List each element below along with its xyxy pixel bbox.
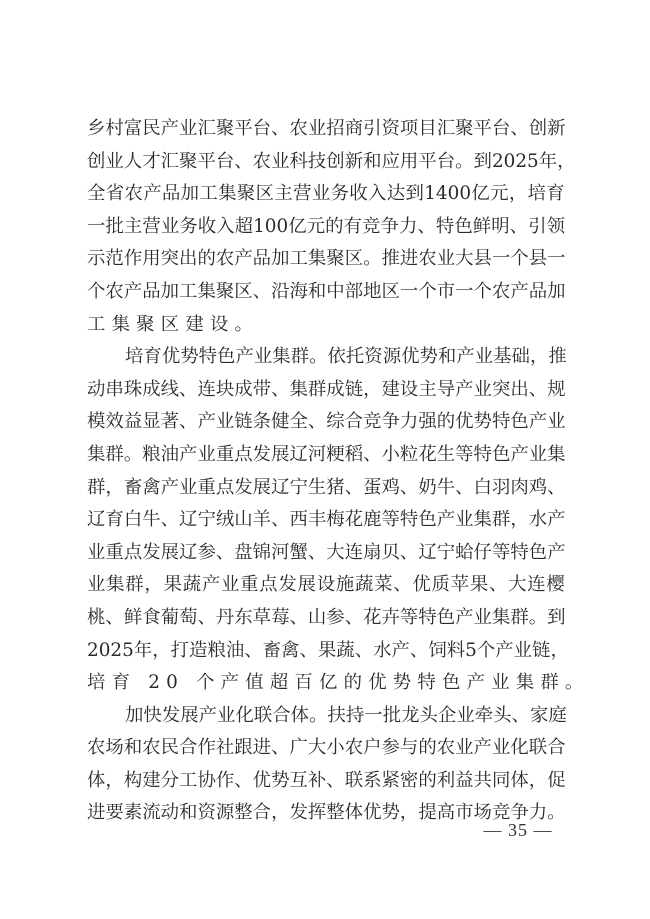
text-line: 创业人才汇聚平台、农业科技创新和应用平台。到2025年，	[87, 146, 565, 179]
text-line: 个农产品加工集聚区、沿海和中部地区一个市一个农产品加	[87, 276, 565, 309]
text-line: 2025年，打造粮油、畜禽、果蔬、水产、饲料5个产业链，	[87, 635, 565, 668]
text-line: 一批主营业务收入超100亿元的有竞争力、特色鲜明、引领	[87, 211, 565, 244]
paragraph-industry-clusters: 培育优势特色产业集群。依托资源优势和产业基础，推 动串珠成线、连块成带、集群成链…	[87, 341, 565, 700]
text-line: 体，构建分工协作、优势互补、联系紧密的利益共同体，促	[87, 765, 565, 798]
text-line: 示范作用突出的农产品加工集聚区。推进农业大县一个县一	[87, 243, 565, 276]
text-line: 工集聚区建设。	[87, 309, 565, 342]
text-line: 集群。粮油产业重点发展辽河粳稻、小粒花生等特色产业集	[87, 439, 565, 472]
text-line: 乡村富民产业汇聚平台、农业招商引资项目汇聚平台、创新	[87, 113, 565, 146]
text-line: 农场和农民合作社跟进、广大小农户参与的农业产业化联合	[87, 732, 565, 765]
paragraph-industrial-consortium: 加快发展产业化联合体。扶持一批龙头企业牵头、家庭 农场和农民合作社跟进、广大小农…	[87, 700, 565, 830]
text-line: 群，畜禽产业重点发展辽宁生猪、蛋鸡、奶牛、白羽肉鸡、	[87, 472, 565, 505]
page-number: — 35 —	[478, 820, 558, 841]
text-line: 辽育白牛、辽宁绒山羊、西丰梅花鹿等特色产业集群，水产	[87, 504, 565, 537]
document-body: 乡村富民产业汇聚平台、农业招商引资项目汇聚平台、创新 创业人才汇聚平台、农业科技…	[87, 113, 565, 830]
text-line: 全省农产品加工集聚区主营业务收入达到1400亿元，培育	[87, 178, 565, 211]
text-line: 业重点发展辽参、盘锦河蟹、大连扇贝、辽宁蛤仔等特色产	[87, 537, 565, 570]
text-line: 加快发展产业化联合体。扶持一批龙头企业牵头、家庭	[87, 700, 565, 733]
paragraph-processing-clusters: 乡村富民产业汇聚平台、农业招商引资项目汇聚平台、创新 创业人才汇聚平台、农业科技…	[87, 113, 565, 341]
text-line: 培育优势特色产业集群。依托资源优势和产业基础，推	[87, 341, 565, 374]
text-line: 模效益显著、产业链条健全、综合竞争力强的优势特色产业	[87, 406, 565, 439]
text-line: 培育 20 个产值超百亿的优势特色产业集群。	[87, 667, 565, 700]
text-line: 动串珠成线、连块成带、集群成链，建设主导产业突出、规	[87, 374, 565, 407]
text-line: 桃、鲜食葡萄、丹东草莓、山参、花卉等特色产业集群。到	[87, 602, 565, 635]
text-line: 业集群，果蔬产业重点发展设施蔬菜、优质苹果、大连樱	[87, 569, 565, 602]
